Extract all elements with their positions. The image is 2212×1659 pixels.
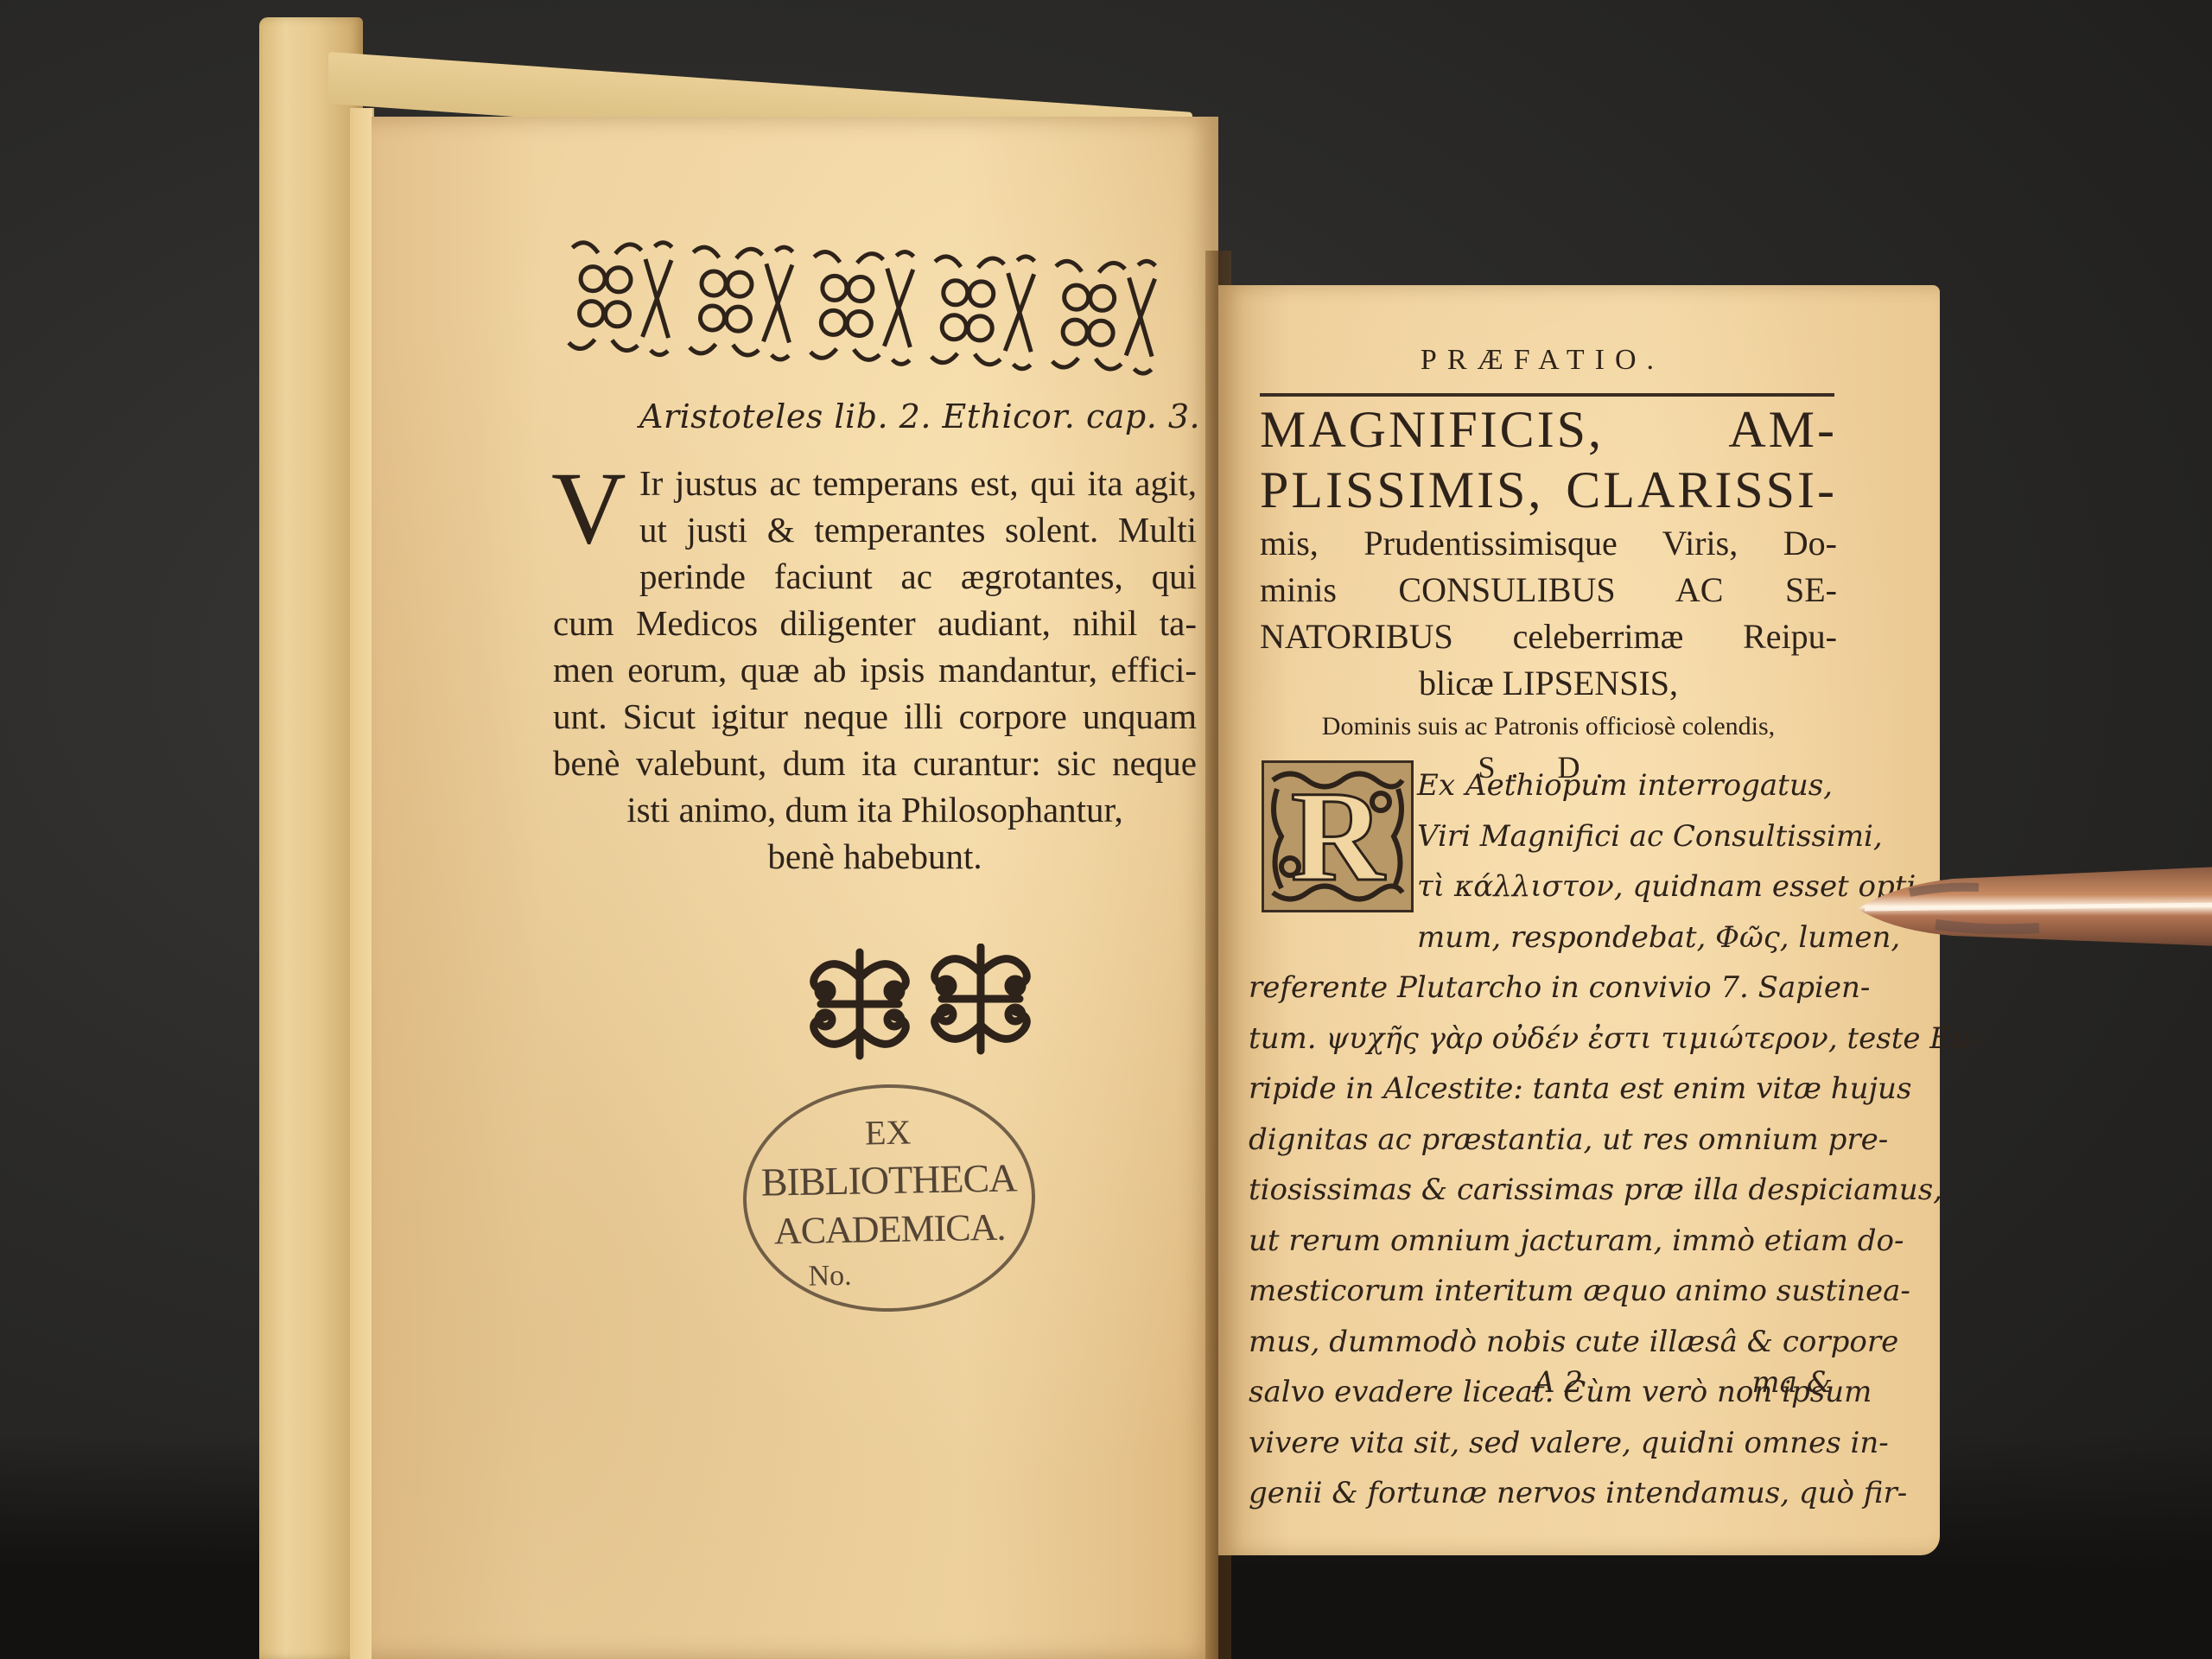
- text-line: dignitas ac præstantia, ut res omnium pr…: [1249, 1115, 1833, 1166]
- dedication-block: MAGNIFICIS, AM- PLISSIMIS, CLARISSI- mis…: [1260, 399, 1837, 788]
- dedication-line: MAGNIFICIS, AM-: [1260, 399, 1837, 460]
- preface-text: Ex Aethiopum interrogatus, Viri Magnific…: [1249, 760, 1833, 1519]
- epigraph-text: Ir justus ac temperans est, qui ita agit…: [553, 460, 1197, 880]
- text-line: mesticorum interitum æquo animo sustinea…: [1249, 1266, 1833, 1317]
- text-line: ut justi & temperantes solent. Multi: [553, 506, 1197, 553]
- text-line: tum. ψυχῆς γὰρ οὐδέν ἐστι τιμιώτερον, te…: [1249, 1014, 1833, 1065]
- epigraph-title: Aristoteles lib. 2. Ethicor. cap. 3.: [639, 397, 1227, 435]
- text-line: Ex Aethiopum interrogatus,: [1249, 760, 1833, 811]
- ornament-band-icon: [563, 231, 1177, 388]
- text-line: isti animo, dum ita Philosophantur,: [553, 786, 1197, 833]
- text-line: benè valebunt, dum ita curantur: sic neq…: [553, 740, 1197, 786]
- flyleaf-edge: [350, 108, 374, 1659]
- stamp-line: BIBLIOTHECA: [746, 1154, 1032, 1205]
- dedication-line: minis CONSULIBUS AC SE-: [1260, 567, 1837, 613]
- text-line: men eorum, quæ ab ipsis mandantur, effic…: [553, 646, 1197, 693]
- text-line: referente Plutarcho in convivio 7. Sapie…: [1249, 963, 1833, 1014]
- stamp-number-label: No.: [808, 1260, 852, 1294]
- text-line: tiosissimas & carissimas præ illa despic…: [1249, 1165, 1833, 1216]
- text-line: Ir justus ac temperans est, qui ita agit…: [553, 460, 1197, 506]
- text-line: unt. Sicut igitur neque illi corpore unq…: [553, 693, 1197, 740]
- text-line: perinde faciunt ac ægrotantes, qui: [553, 553, 1197, 600]
- head-rule: [1260, 393, 1834, 397]
- stamp-line: ACADEMICA.: [747, 1205, 1033, 1254]
- text-line: mus, dummodò nobis cute illæsâ & corpore: [1249, 1317, 1833, 1368]
- dedication-line: mis, Prudentissimisque Viris, Do-: [1260, 520, 1837, 567]
- text-line: cum Medicos diligenter audiant, nihil ta…: [553, 600, 1197, 646]
- signature-mark: A 2: [1534, 1365, 1583, 1400]
- twin-fleuron-icon: [804, 944, 1041, 1065]
- text-line: genii & fortunæ nervos intendamus, quò f…: [1249, 1468, 1833, 1519]
- text-line: mum, respondebat, Φῶς, lumen,: [1249, 912, 1833, 963]
- text-line: vivere vita sit, sed valere, quidni omne…: [1249, 1418, 1833, 1469]
- dedication-line: PLISSIMIS, CLARISSI-: [1260, 460, 1837, 520]
- dedication-line: NATORIBUS celeberrimæ Reipu-: [1260, 613, 1837, 660]
- dedication-line: blicæ LIPSENSIS,: [1260, 660, 1837, 707]
- text-line: ripide in Alcestite: tanta est enim vitæ…: [1249, 1064, 1833, 1115]
- running-head: PRÆFATIO.: [1257, 344, 1827, 377]
- text-line: benè habebunt.: [553, 833, 1197, 880]
- text-line: Viri Magnifici ac Consultissimi,: [1249, 811, 1833, 862]
- text-line: τὶ κάλλιστον, quidnam esset opti-: [1249, 861, 1833, 912]
- stamp-line: EX: [745, 1109, 1031, 1155]
- text-line: ut rerum omnium jacturam, immò etiam do-: [1249, 1216, 1833, 1267]
- vellum-spine: [259, 17, 363, 1659]
- letter-knife-icon: [1858, 860, 2212, 955]
- catchword: ma &: [1751, 1365, 1833, 1400]
- dedication-line: Dominis suis ac Patronis officiosè colen…: [1260, 707, 1837, 747]
